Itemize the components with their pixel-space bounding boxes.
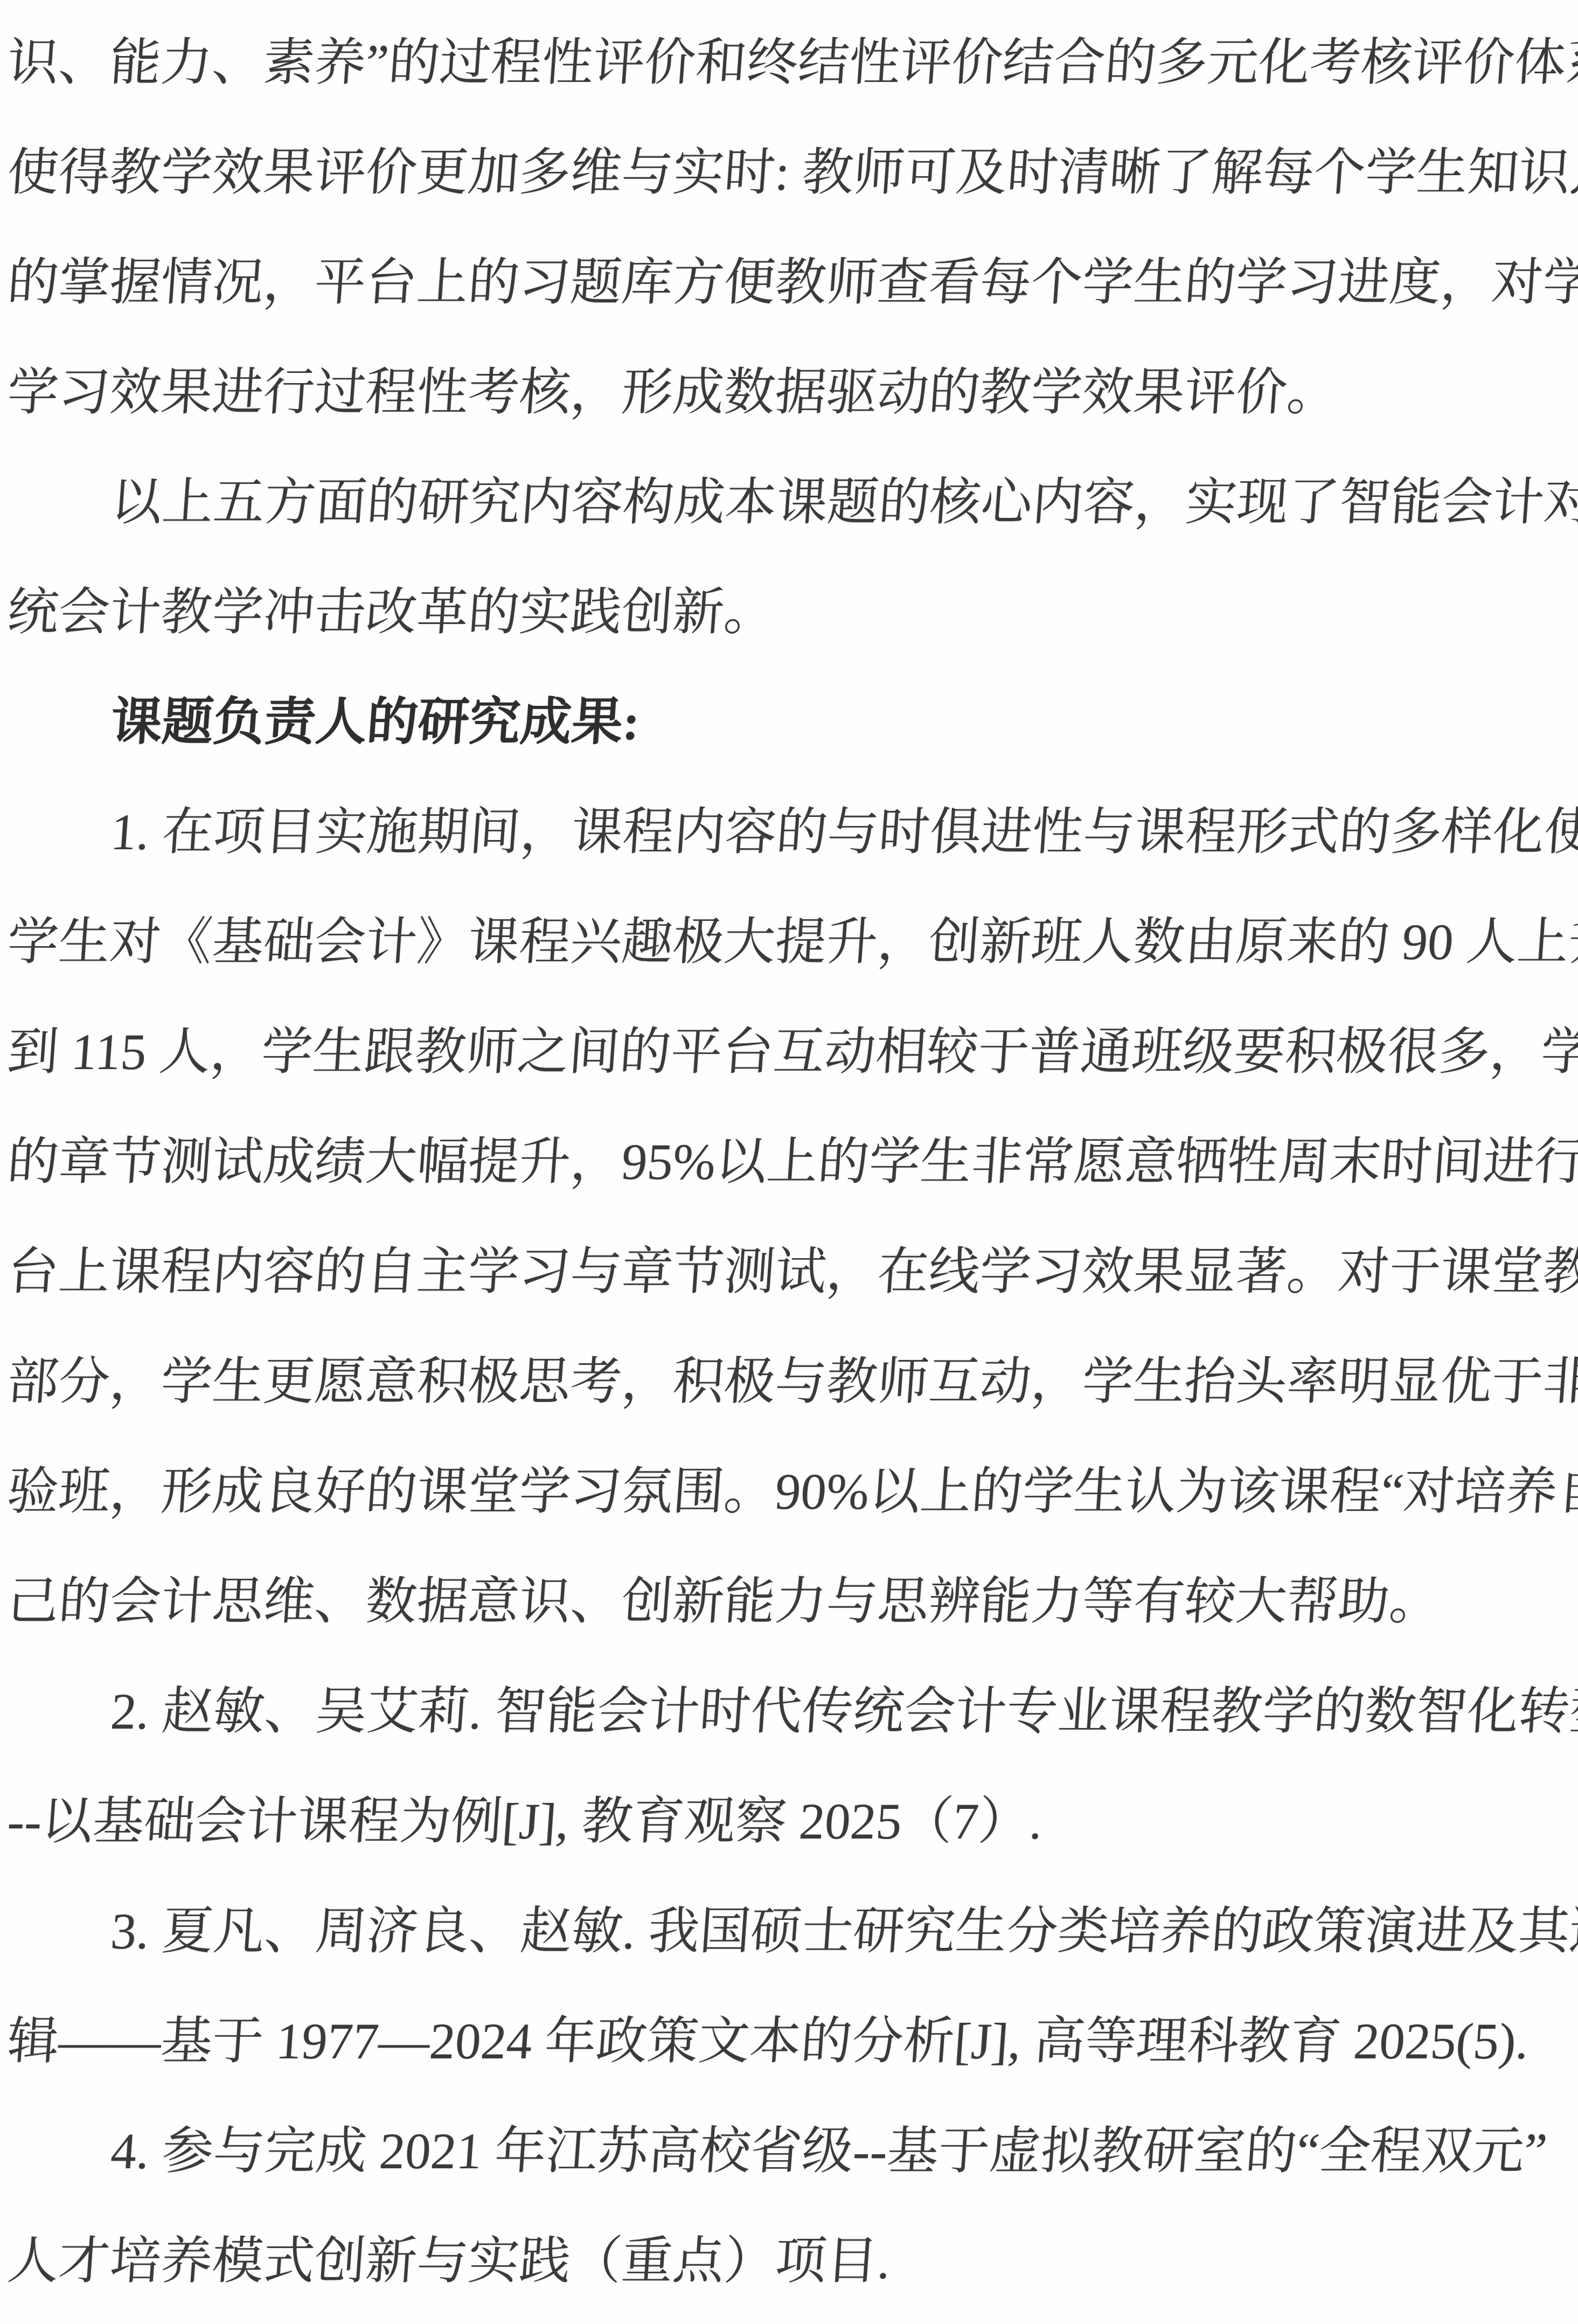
citation-line: 人才培养模式创新与实践（重点）项目. <box>4 2206 1572 2316</box>
document-page: 识、能力、素养”的过程性评价和终结性评价结合的多元化考核评价体系， 使得教学效果… <box>0 0 1578 2324</box>
citation-line: 2. 赵敏、吴艾莉. 智能会计时代传统会计专业课程教学的数智化转型 <box>4 1656 1572 1766</box>
text-line: 识、能力、素养”的过程性评价和终结性评价结合的多元化考核评价体系， <box>4 8 1572 117</box>
citation-line: --以基础会计课程为例[J], 教育观察 2025（7）. <box>4 1766 1572 1876</box>
text-line: 验班，形成良好的课堂学习氛围。90%以上的学生认为该课程“对培养自 <box>4 1437 1572 1546</box>
text-line: 的章节测试成绩大幅提升，95%以上的学生非常愿意牺牲周末时间进行平 <box>4 1107 1572 1217</box>
citation-line: 3. 夏凡、周济良、赵敏. 我国硕士研究生分类培养的政策演进及其逻 <box>4 1876 1572 1986</box>
citation-line: 辑——基于 1977—2024 年政策文本的分析[J], 高等理科教育 2025… <box>4 1986 1572 2096</box>
text-line: 统会计教学冲击改革的实践创新。 <box>4 557 1572 667</box>
text-line: 学习效果进行过程性考核，形成数据驱动的教学效果评价。 <box>4 337 1572 447</box>
section-heading: 课题负责人的研究成果: <box>4 667 1572 777</box>
text-line: 台上课程内容的自主学习与章节测试，在线学习效果显著。对于课堂教学 <box>4 1217 1572 1327</box>
text-line: 到 115 人，学生跟教师之间的平台互动相较于普通班级要积极很多，学生 <box>4 997 1572 1107</box>
text-line: 使得教学效果评价更加多维与实时: 教师可及时清晰了解每个学生知识点 <box>4 117 1572 227</box>
citation-line: 4. 参与完成 2021 年江苏高校省级--基于虚拟教研室的“全程双元” <box>4 2096 1572 2206</box>
text-line: 以上五方面的研究内容构成本课题的核心内容，实现了智能会计对传 <box>4 447 1572 557</box>
text-line: 的掌握情况，平台上的习题库方便教师查看每个学生的学习进度，对学生 <box>4 227 1572 337</box>
text-line: 部分，学生更愿意积极思考，积极与教师互动，学生抬头率明显优于非实 <box>4 1327 1572 1437</box>
text-line: 学生对《基础会计》课程兴趣极大提升，创新班人数由原来的 90 人上升 <box>4 887 1572 997</box>
text-line: 己的会计思维、数据意识、创新能力与思辨能力等有较大帮助。 <box>4 1546 1572 1656</box>
text-line: 1. 在项目实施期间，课程内容的与时俱进性与课程形式的多样化使得 <box>4 777 1572 887</box>
